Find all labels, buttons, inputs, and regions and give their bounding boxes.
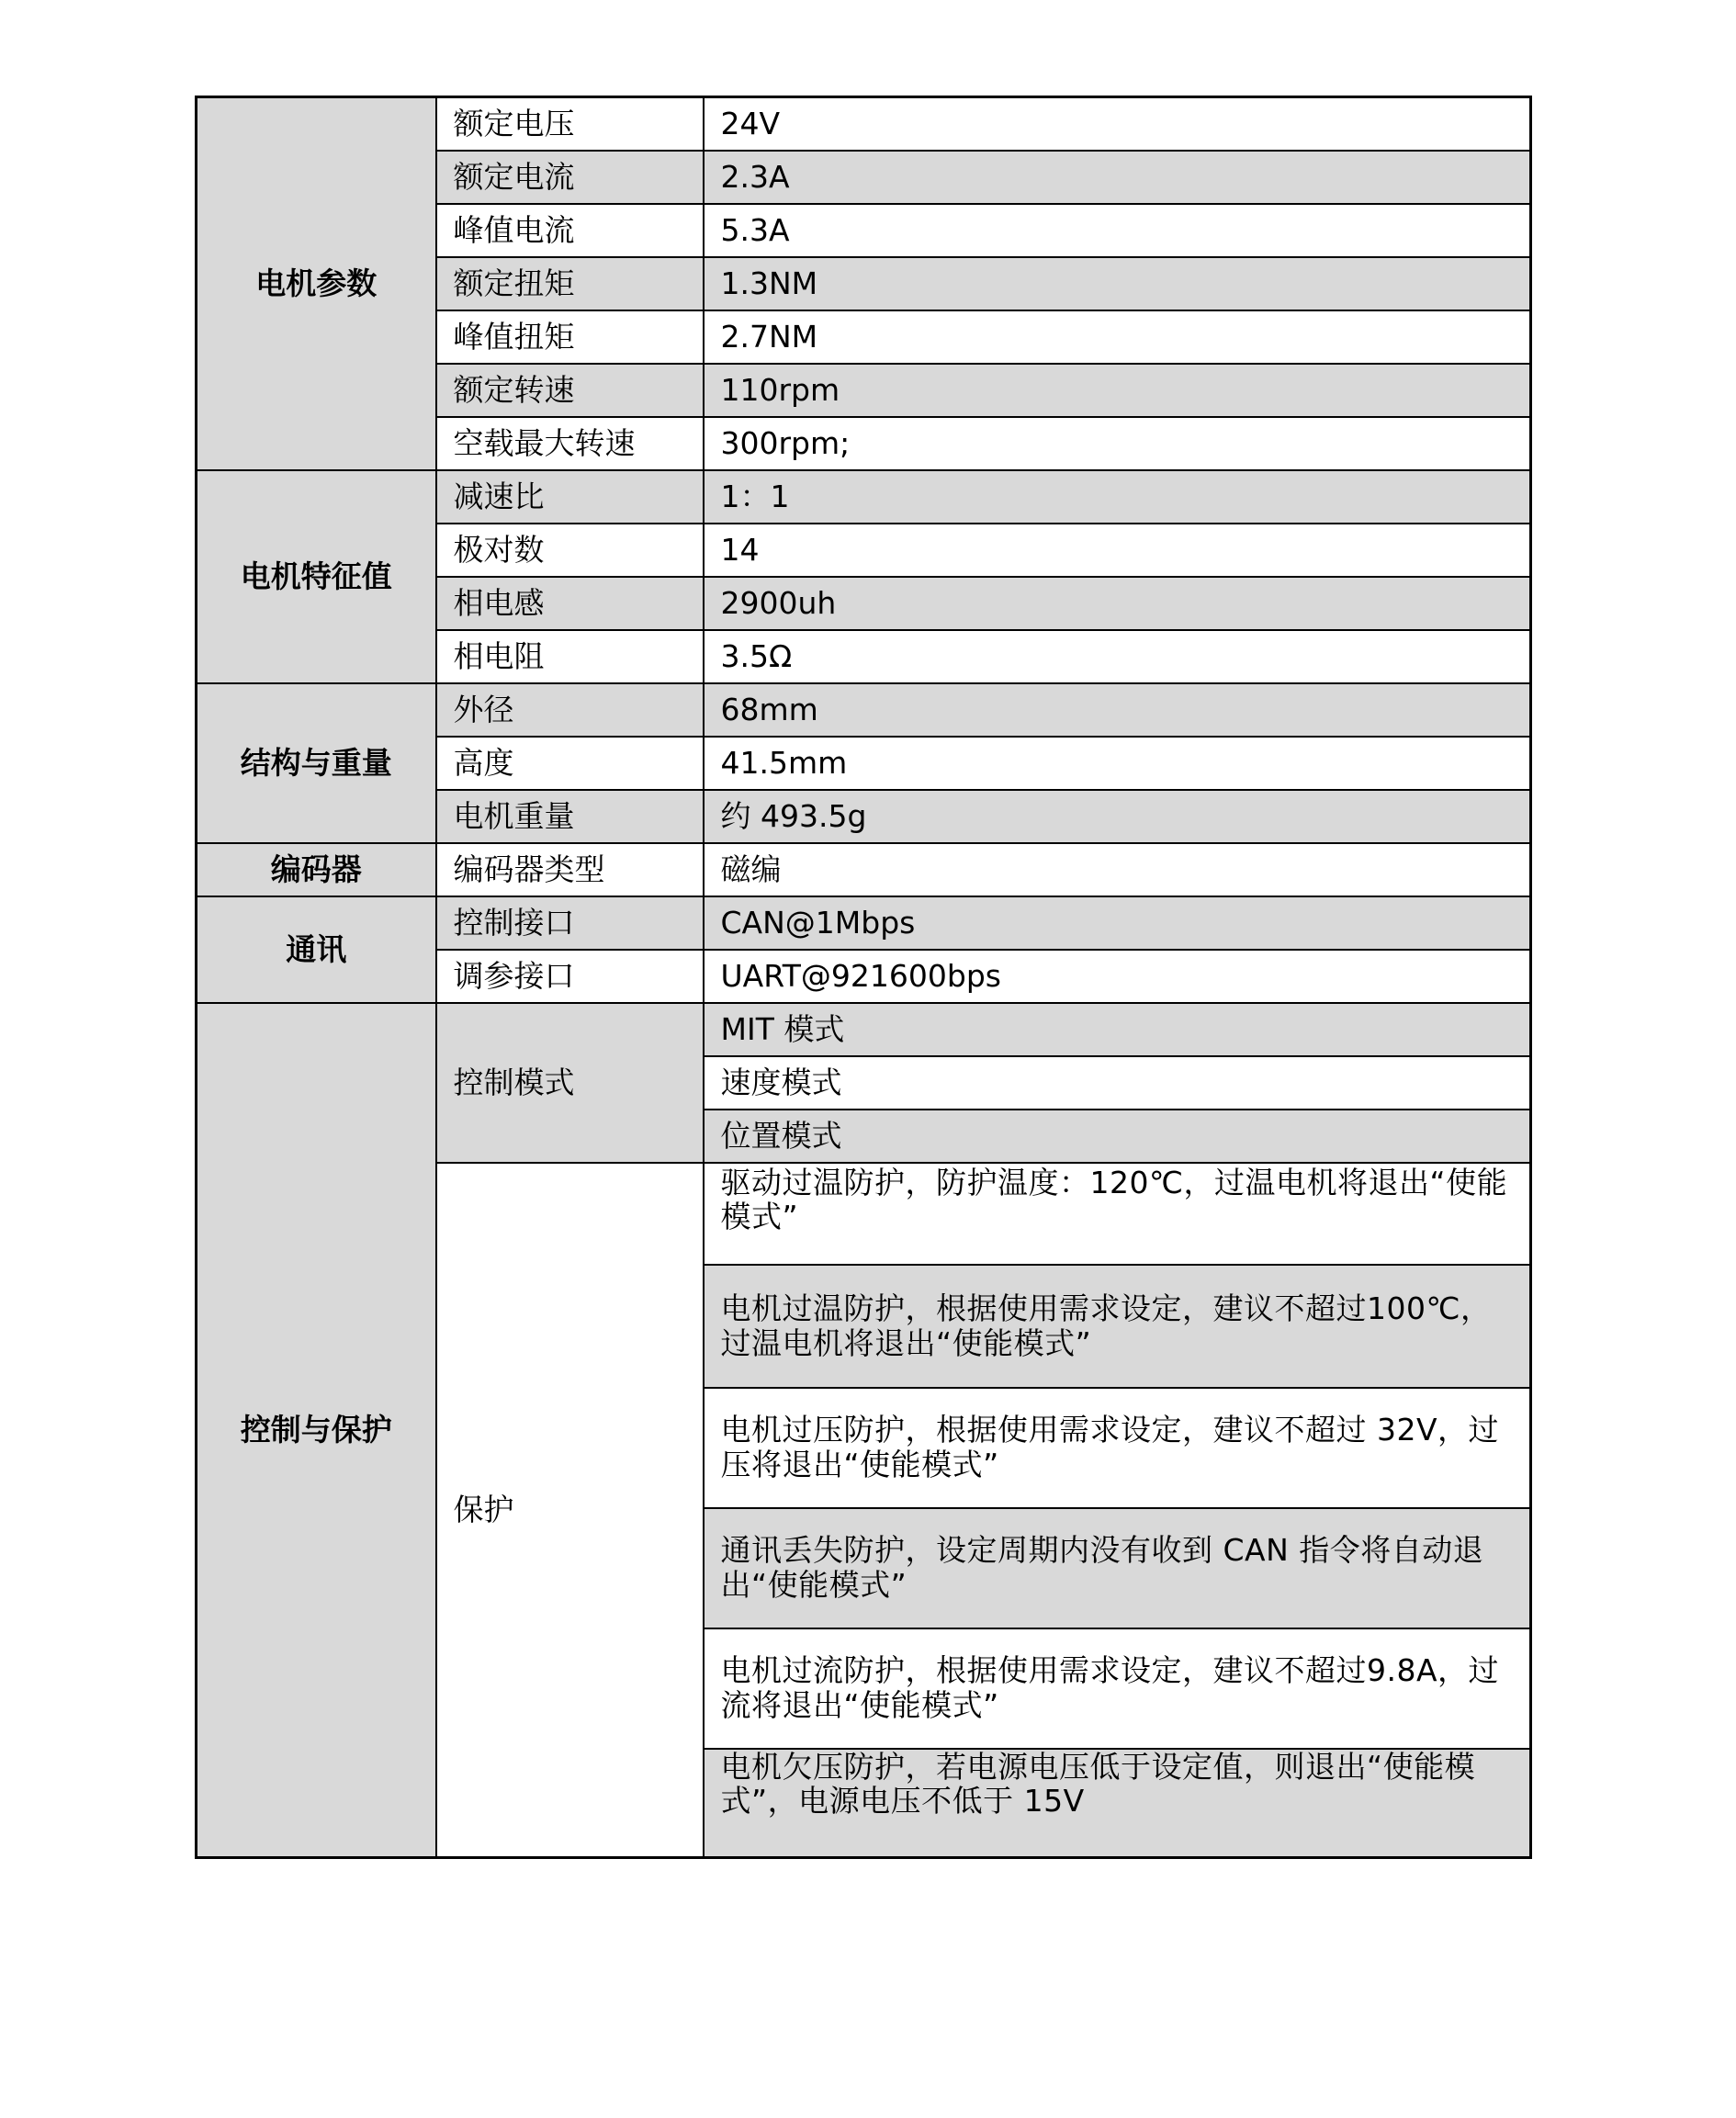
param-label: 峰值电流 [436,204,704,257]
protection-label: 保护 [436,1163,704,1858]
param-value: 68mm [704,683,1531,737]
param-value: 14 [704,524,1531,577]
param-value: CAN@1Mbps [704,896,1531,950]
param-value: 300rpm; [704,417,1531,470]
param-label: 外径 [436,683,704,737]
table-row: 结构与重量 外径 68mm [197,683,1531,737]
protection-item: 通讯丢失防护，设定周期内没有收到 CAN 指令将自动退出“使能模式” [704,1508,1531,1628]
param-label: 调参接口 [436,950,704,1003]
param-label: 高度 [436,737,704,790]
param-value: 5.3A [704,204,1531,257]
group-communication: 通讯 [197,896,436,1003]
control-mode-value: 位置模式 [704,1110,1531,1163]
param-label: 电机重量 [436,790,704,843]
param-label: 额定转速 [436,364,704,417]
param-label: 相电感 [436,577,704,630]
param-value: UART@921600bps [704,950,1531,1003]
param-value: 41.5mm [704,737,1531,790]
group-motor-params: 电机参数 [197,97,436,470]
param-label: 编码器类型 [436,843,704,896]
group-structure-weight: 结构与重量 [197,683,436,843]
table-row: 通讯 控制接口 CAN@1Mbps [197,896,1531,950]
motor-spec-table: 电机参数 额定电压 24V 额定电流 2.3A 峰值电流 5.3A 额定扭矩 1… [195,96,1532,1859]
table-row: 电机特征值 减速比 1：1 [197,470,1531,524]
table-row: 控制与保护 控制模式 MIT 模式 [197,1003,1531,1056]
param-value: 磁编 [704,843,1531,896]
control-mode-value: MIT 模式 [704,1003,1531,1056]
protection-item: 驱动过温防护，防护温度：120℃，过温电机将退出“使能模式” [704,1163,1531,1265]
protection-item: 电机欠压防护，若电源电压低于设定值，则退出“使能模式”，电源电压不低于 15V [704,1749,1531,1858]
group-encoder: 编码器 [197,843,436,896]
protection-item: 电机过压防护，根据使用需求设定，建议不超过 32V，过压将退出“使能模式” [704,1388,1531,1508]
param-value: 2.7NM [704,310,1531,364]
param-label: 极对数 [436,524,704,577]
group-motor-characteristics: 电机特征值 [197,470,436,683]
param-value: 2900uh [704,577,1531,630]
param-label: 控制接口 [436,896,704,950]
param-label: 空载最大转速 [436,417,704,470]
param-value: 约 493.5g [704,790,1531,843]
control-mode-label: 控制模式 [436,1003,704,1163]
table-row: 电机参数 额定电压 24V [197,97,1531,151]
param-value: 3.5Ω [704,630,1531,683]
param-value: 24V [704,97,1531,151]
protection-item: 电机过流防护，根据使用需求设定，建议不超过9.8A，过流将退出“使能模式” [704,1628,1531,1749]
param-label: 额定扭矩 [436,257,704,310]
param-label: 峰值扭矩 [436,310,704,364]
protection-item: 电机过温防护，根据使用需求设定，建议不超过100℃，过温电机将退出“使能模式” [704,1265,1531,1388]
param-value: 110rpm [704,364,1531,417]
param-label: 相电阻 [436,630,704,683]
param-label: 额定电流 [436,151,704,204]
param-label: 减速比 [436,470,704,524]
param-label: 额定电压 [436,97,704,151]
param-value: 2.3A [704,151,1531,204]
group-control-protection: 控制与保护 [197,1003,436,1858]
control-mode-value: 速度模式 [704,1056,1531,1110]
table-row: 编码器 编码器类型 磁编 [197,843,1531,896]
param-value: 1.3NM [704,257,1531,310]
param-value: 1：1 [704,470,1531,524]
